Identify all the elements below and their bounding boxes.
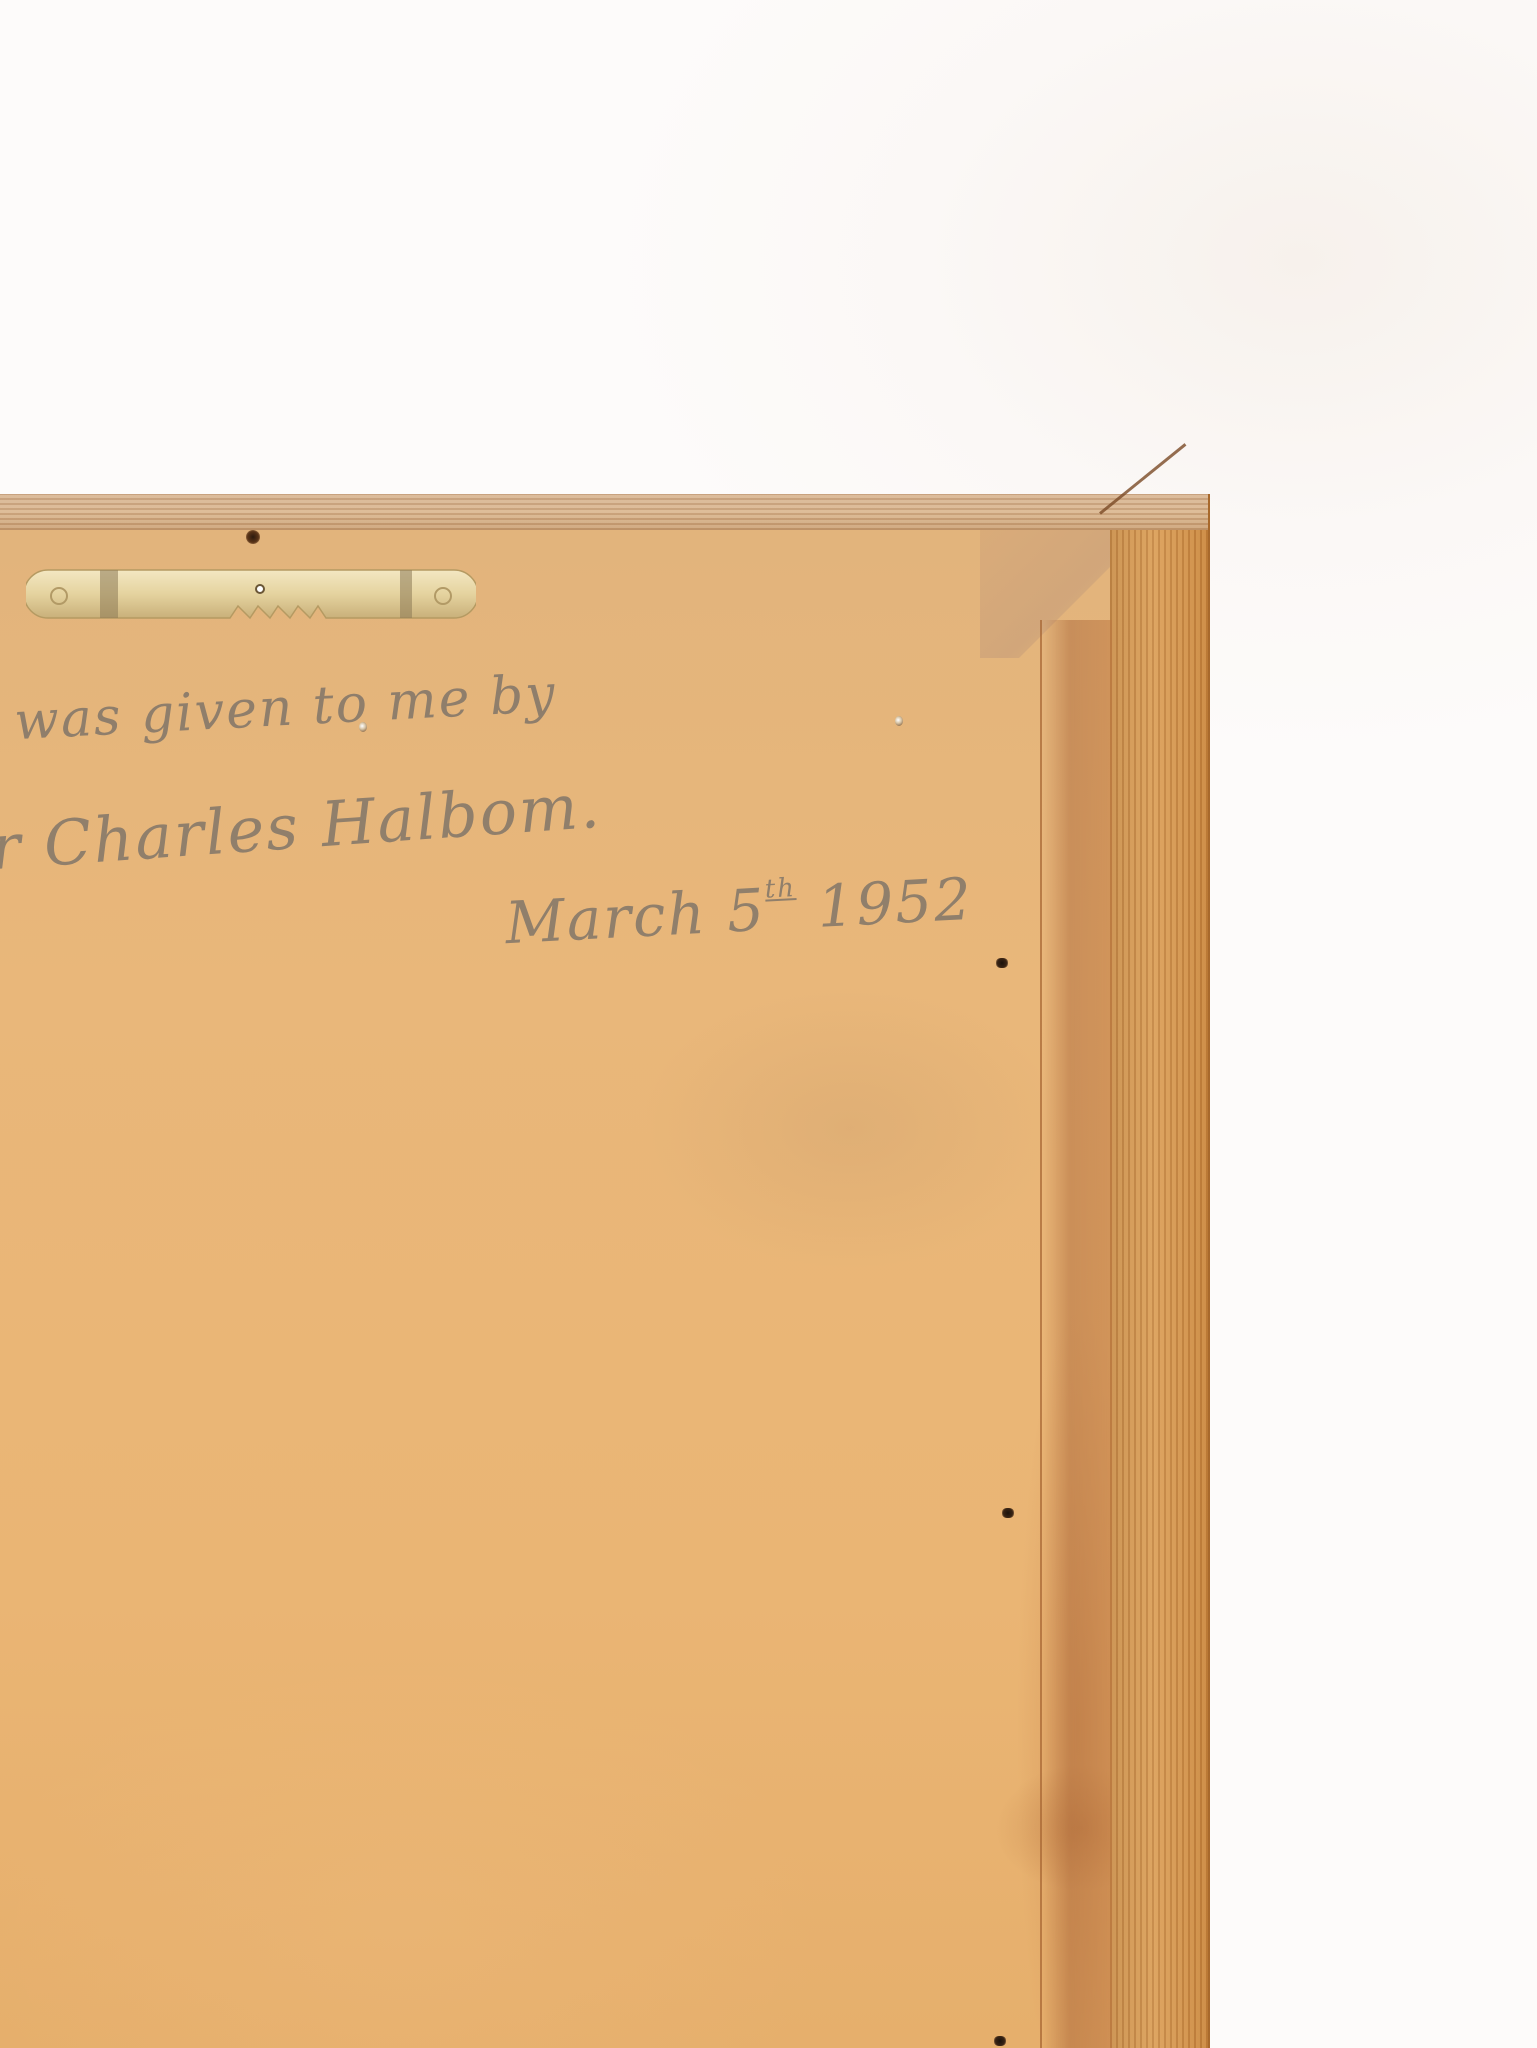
frame-right-rail xyxy=(1110,494,1208,2048)
inscription-date: March 5th 1952 xyxy=(504,864,975,957)
nail-hole xyxy=(246,530,260,544)
inscription-date-year: 1952 xyxy=(816,865,975,941)
inscription-date-month-day: March 5 xyxy=(504,876,768,958)
frame-top-rail xyxy=(0,494,1208,530)
inscription-line-2: r Charles Halbom. xyxy=(0,769,604,884)
sawtooth-hanger-icon xyxy=(26,566,476,628)
inscription-date-suffix: th xyxy=(764,873,797,905)
tack xyxy=(994,2036,1006,2046)
pencil-inscription: was given to me by r Charles Halbom. Mar… xyxy=(0,640,1110,980)
inscription-line-1: was given to me by xyxy=(13,664,558,752)
photo-scene: was given to me by r Charles Halbom. Mar… xyxy=(0,0,1537,2048)
tack xyxy=(1002,1508,1014,1518)
